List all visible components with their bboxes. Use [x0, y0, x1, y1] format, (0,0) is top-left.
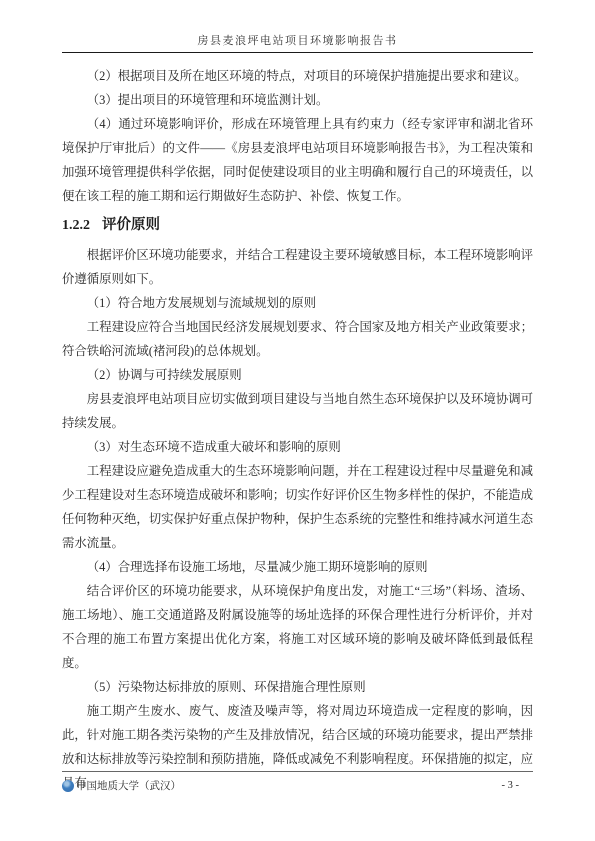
section-heading: 1.2.2 评价原则	[62, 213, 533, 238]
university-logo-icon	[62, 780, 74, 792]
paragraph: 工程建设应符合当地国民经济发展规划要求、符合国家及地方相关产业政策要求；符合铁峪…	[62, 315, 533, 363]
page-footer: 中国地质大学（武汉） - 3 -	[62, 771, 533, 793]
paragraph: 根据评价区环境功能要求，并结合工程建设主要环境敏感目标，本工程环境影响评价遵循原…	[62, 243, 533, 291]
section-heading-number: 1.2.2	[62, 213, 90, 238]
document-page: 房县麦浪坪电站项目环境影响报告书 （2）根据项目及所在地区环境的特点，对项目的环…	[0, 0, 595, 841]
page-header: 房县麦浪坪电站项目环境影响报告书	[62, 0, 533, 53]
principle-title-paragraph: （3）对生态环境不造成重大破坏和影响的原则	[62, 435, 533, 459]
principle-title-paragraph: （5）污染物达标排放的原则、环保措施合理性原则	[62, 675, 533, 699]
page-number: - 3 -	[502, 780, 534, 791]
footer-institution: 中国地质大学（武汉）	[76, 778, 181, 793]
footer-institution-block: 中国地质大学（武汉）	[62, 778, 181, 793]
paragraph: （3）提出项目的环境管理和环境监测计划。	[62, 88, 533, 112]
paragraph: 结合评价区的环境功能要求，从环境保护角度出发，对施工“三场”（料场、渣场、施工场…	[62, 579, 533, 675]
paragraph: 房县麦浪坪电站项目应切实做到项目建设与当地自然生态环境保护以及环境协调可持续发展…	[62, 387, 533, 435]
paragraph: 工程建设应避免造成重大的生态环境影响问题，并在工程建设过程中尽量避免和减少工程建…	[62, 459, 533, 555]
principle-title-paragraph: （4）合理选择布设施工场地，尽量减少施工期环境影响的原则	[62, 555, 533, 579]
principle-title-paragraph: （2）协调与可持续发展原则	[62, 363, 533, 387]
paragraph: （4）通过环境影响评价，形成在环境管理上具有约束力（经专家评审和湖北省环境保护厅…	[62, 112, 533, 208]
paragraph: （2）根据项目及所在地区环境的特点，对项目的环境保护措施提出要求和建议。	[62, 64, 533, 88]
principle-title-paragraph: （1）符合地方发展规划与流域规划的原则	[62, 291, 533, 315]
running-title: 房县麦浪坪电站项目环境影响报告书	[198, 32, 398, 48]
section-heading-title: 评价原则	[102, 213, 160, 238]
document-body: （2）根据项目及所在地区环境的特点，对项目的环境保护措施提出要求和建议。 （3）…	[62, 64, 533, 795]
